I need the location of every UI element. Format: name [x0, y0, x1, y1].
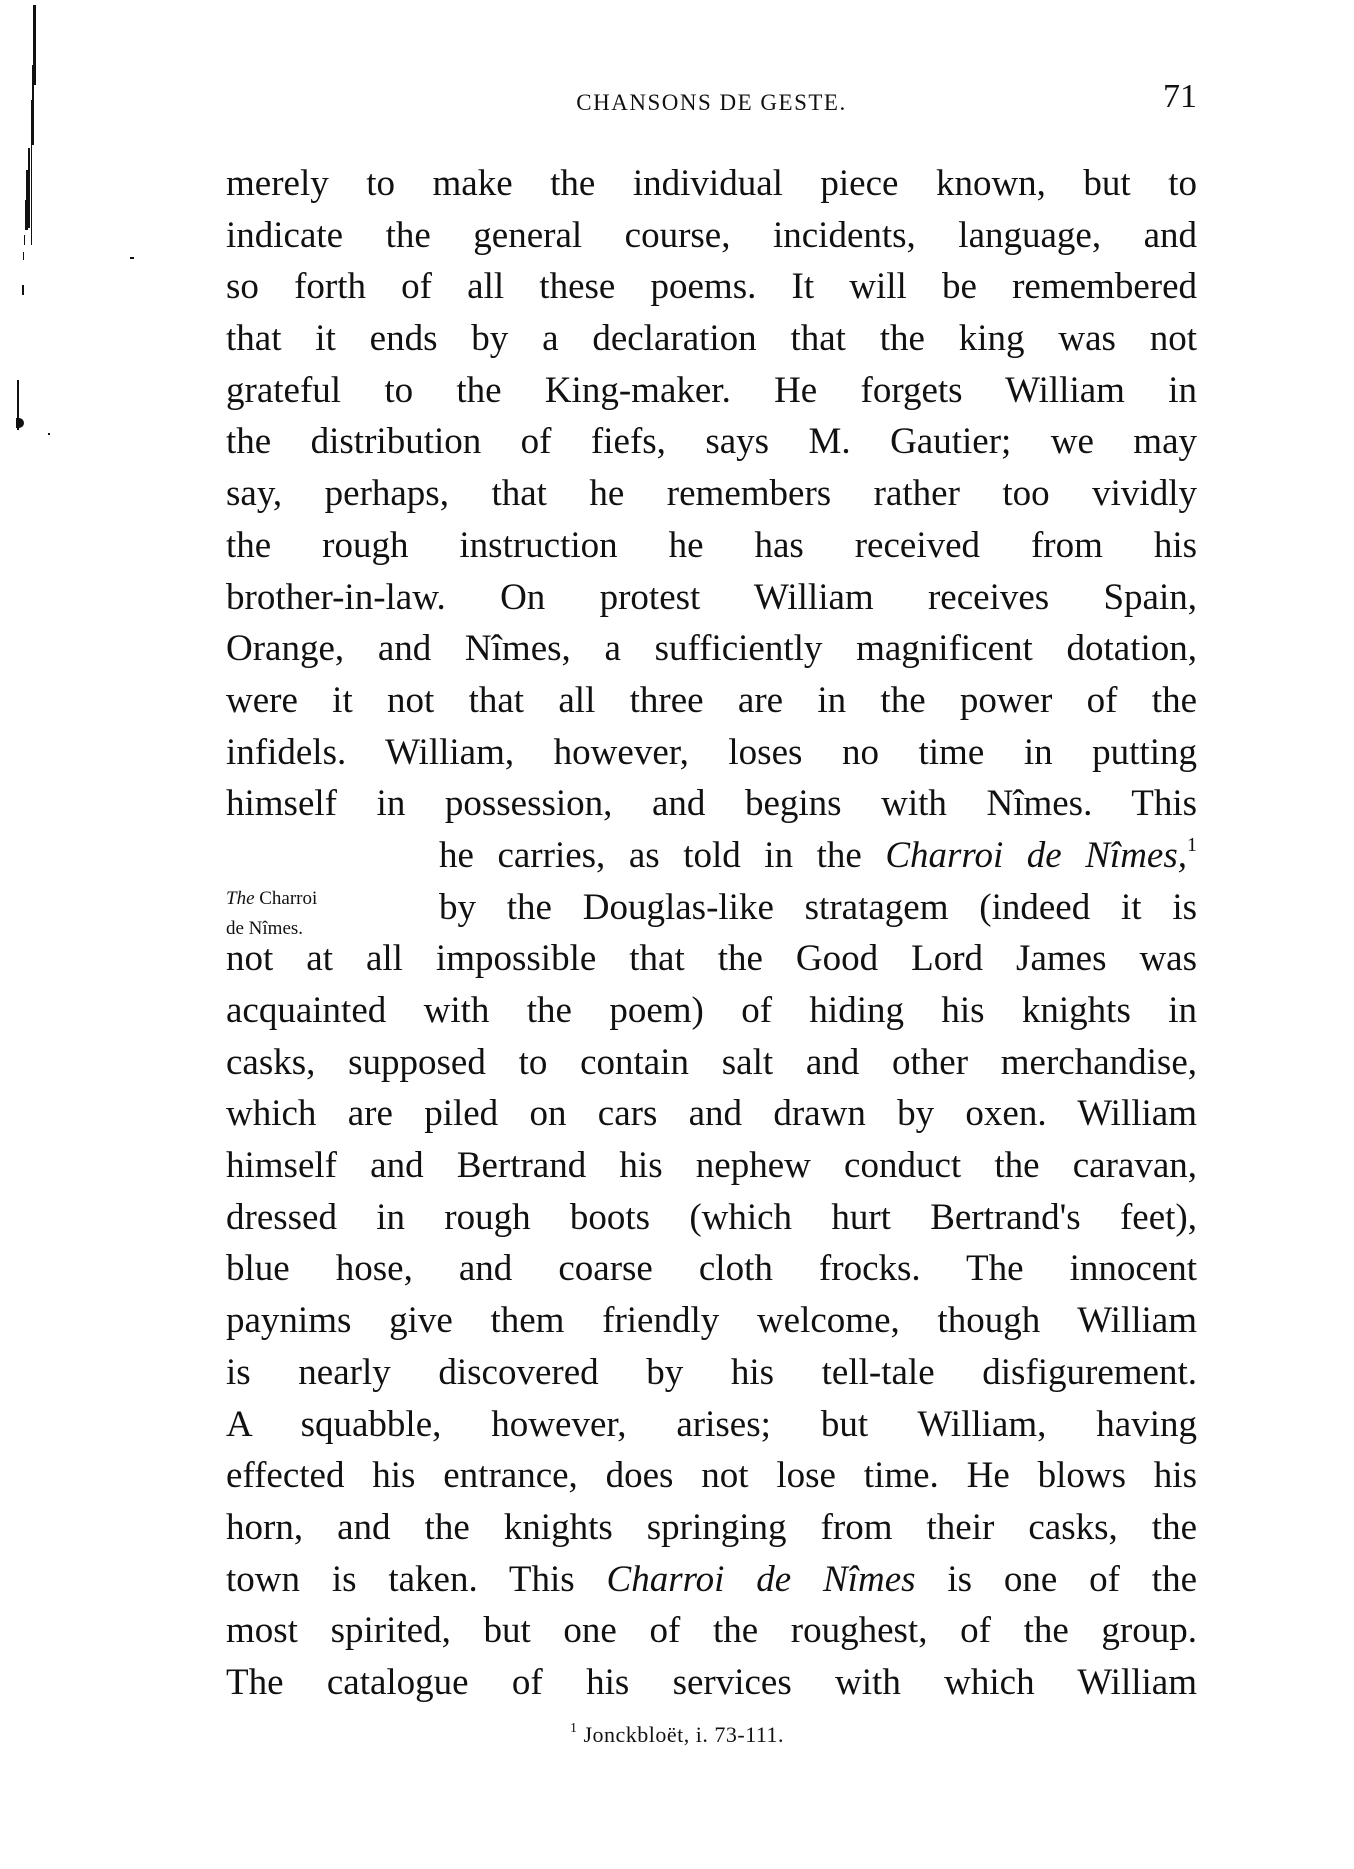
scan-edge-mark	[16, 418, 24, 428]
text-line: by the Douglas-like stratagem (indeed it…	[226, 882, 1197, 934]
scan-edge-mark	[32, 65, 34, 145]
scan-edge-mark	[28, 148, 30, 228]
text-line: the distribution of fiefs, says M. Gauti…	[226, 416, 1197, 468]
text-line: he carries, as told in the Charroi de Nî…	[226, 830, 1197, 882]
text-line: the rough instruction he has received fr…	[226, 520, 1197, 572]
running-head: CHANSONS DE GESTE.	[226, 90, 1197, 116]
body-text: merely to make the individual piece know…	[226, 158, 1197, 1709]
footnote-text: Jonckbloët, i. 73-111.	[577, 1722, 784, 1747]
text-line: paynims give them friendly welcome, thou…	[226, 1295, 1197, 1347]
scan-edge-mark	[24, 235, 25, 245]
text-line: merely to make the individual piece know…	[226, 158, 1197, 210]
scan-edge-mark	[22, 285, 24, 295]
scan-edge-mark	[130, 257, 134, 259]
scan-edge-mark	[48, 433, 50, 435]
text-line: Orange, and Nîmes, a sufficiently magnif…	[226, 623, 1197, 675]
text-line: casks, supposed to contain salt and othe…	[226, 1037, 1197, 1089]
text-line: were it not that all three are in the po…	[226, 675, 1197, 727]
text-line: brother-in-law. On protest William recei…	[226, 572, 1197, 624]
text-line: The catalogue of his services with which…	[226, 1657, 1197, 1709]
text-line: himself and Bertrand his nephew conduct …	[226, 1140, 1197, 1192]
title-italic: Charroi de Nîmes,	[885, 835, 1187, 876]
footnote: 1 Jonckbloët, i. 73-111.	[0, 1722, 1354, 1748]
text-line: dressed in rough boots (which hurt Bertr…	[226, 1192, 1197, 1244]
margin-note: The Charroi de Nîmes.	[226, 884, 317, 944]
page-number: 71	[1163, 78, 1197, 116]
scan-edge-mark	[23, 252, 24, 260]
title-italic: Charroi de Nîmes	[607, 1559, 916, 1600]
text-line: indicate the general course, incidents, …	[226, 210, 1197, 262]
text-line: horn, and the knights springing from the…	[226, 1502, 1197, 1554]
text-line: A squabble, however, arises; but William…	[226, 1399, 1197, 1451]
text-line: not at all impossible that the Good Lord…	[226, 933, 1197, 985]
text-line: which are piled on cars and drawn by oxe…	[226, 1088, 1197, 1140]
text-line: most spirited, but one of the roughest, …	[226, 1605, 1197, 1657]
footnote-ref[interactable]: 1	[1187, 834, 1197, 856]
text-line: town is taken. This Charroi de Nîmes is …	[226, 1554, 1197, 1606]
text-line: blue hose, and coarse cloth frocks. The …	[226, 1243, 1197, 1295]
text-line: himself in possession, and begins with N…	[226, 778, 1197, 830]
page-header: CHANSONS DE GESTE. 71	[226, 78, 1197, 128]
text-line: so forth of all these poems. It will be …	[226, 261, 1197, 313]
text-line: grateful to the King-maker. He forgets W…	[226, 365, 1197, 417]
text-line: is nearly discovered by his tell-tale di…	[226, 1347, 1197, 1399]
text-line: effected his entrance, does not lose tim…	[226, 1450, 1197, 1502]
text-line: say, perhaps, that he remembers rather t…	[226, 468, 1197, 520]
scan-edge-mark	[31, 100, 32, 245]
text-line: infidels. William, however, loses no tim…	[226, 727, 1197, 779]
text-line: acquainted with the poem) of hiding his …	[226, 985, 1197, 1037]
text-line: that it ends by a declaration that the k…	[226, 313, 1197, 365]
scan-edge-mark	[25, 200, 27, 230]
